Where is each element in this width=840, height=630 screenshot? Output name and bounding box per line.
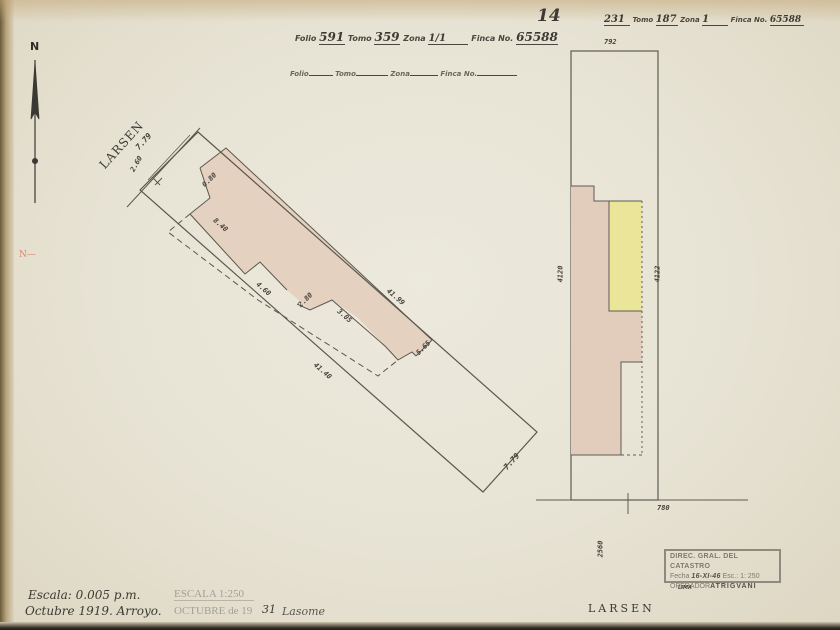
catastro-stamp: DIREC. GRAL. DEL CATASTRO Fecha 16-XI-46… (664, 549, 781, 583)
stamp-date: OCTUBRE de 19 (174, 605, 252, 617)
street-label-right: LARSEN (588, 602, 655, 615)
dim-top-width: 792 (604, 38, 617, 46)
date-note: Octubre 1919. Arroyo. (25, 604, 162, 618)
dim-street-offset: 2560 (596, 541, 604, 558)
stamp-scale: ESCALA 1:250 (174, 588, 254, 601)
stamp-line-2: Fecha 16-XI-46 Esc.: 1: 250 (670, 572, 775, 582)
cadastral-sheet: 14 Folio 591 Tomo 359 Zona 1/1 Finca No.… (0, 0, 840, 630)
dim-bottom-width: 780 (657, 504, 670, 512)
plan-drawings (0, 0, 840, 630)
left-plot-plan (127, 128, 537, 492)
stamp-year: 31 (262, 603, 276, 616)
stamp-line-1: DIREC. GRAL. DEL CATASTRO (670, 552, 775, 572)
dim-left-depth: 4120 (556, 266, 564, 283)
dim-right-depth: 4122 (653, 266, 661, 283)
scale-note: Escala: 0.005 p.m. (28, 588, 141, 602)
stamp-city: LIMA (678, 585, 692, 591)
north-arrow-icon (31, 60, 39, 203)
signature: Lasome (282, 605, 325, 618)
right-plot-plan (536, 51, 748, 514)
